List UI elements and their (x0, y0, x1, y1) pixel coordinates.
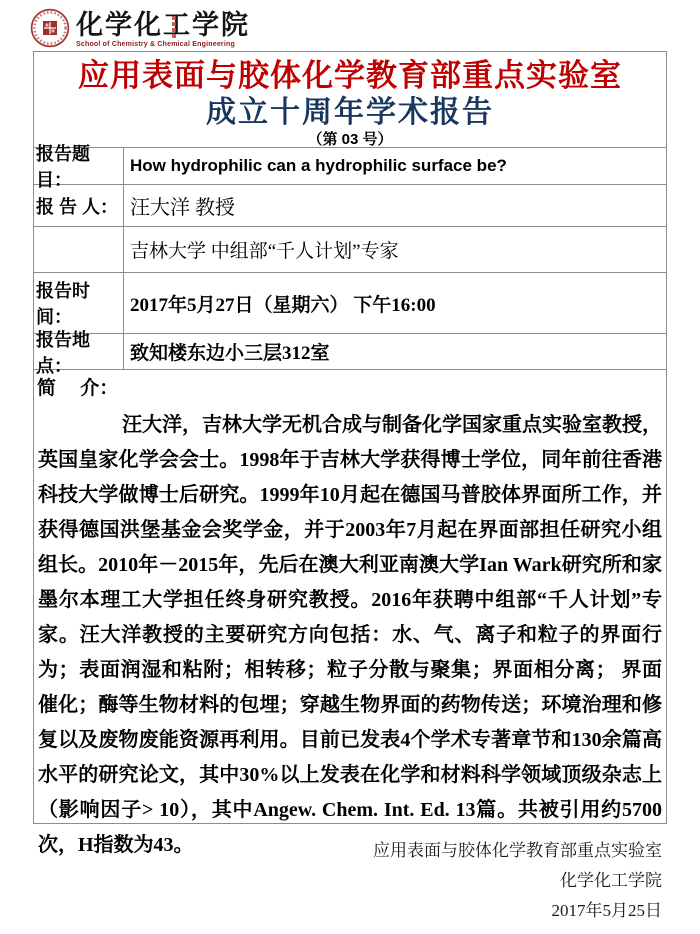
location-value: 致知楼东边小三层312室 (124, 334, 666, 369)
speaker-value: 汪大洋 教授 (124, 185, 666, 226)
calligraphy-signature-mark (172, 16, 176, 38)
table-row-speaker: 报 告 人： 汪大洋 教授 (34, 184, 666, 226)
table-row-location: 报告地点： 致知楼东边小三层312室 (34, 333, 666, 369)
footer-school-name: 化学化工学院 (373, 866, 662, 896)
school-name-en: School of Chemistry & Chemical Engineeri… (76, 41, 250, 49)
speaker-label: 报 告 人： (34, 185, 124, 226)
footer-date: 2017年5月25日 (373, 896, 662, 926)
issue-number: （第 03 号） (34, 132, 666, 147)
topic-value: How hydrophilic can a hydrophilic surfac… (124, 148, 666, 184)
table-row-affiliation: 吉林大学 中组部“千人计划”专家 (34, 226, 666, 272)
speaker-text: 汪大洋 教授 (130, 191, 235, 220)
time-label: 报告时间： (34, 273, 124, 333)
affiliation-text: 吉林大学 中组部“千人计划”专家 (130, 236, 399, 263)
location-text: 致知楼东边小三层312室 (130, 338, 330, 365)
event-title: 成立十周年学术报告 (34, 94, 666, 132)
topic-label: 报告题目： (34, 148, 124, 184)
time-value: 2017年5月27日（星期六） 下午16:00 (124, 273, 666, 333)
school-logo: 化学化工学院 School of Chemistry & Chemical En… (30, 8, 250, 49)
affiliation-label (34, 227, 124, 272)
affiliation-value: 吉林大学 中组部“千人计划”专家 (124, 227, 666, 272)
speaker-bio-paragraph: 汪大洋，吉林大学无机合成与制备化学国家重点实验室教授，英国皇家化学会会士。199… (38, 408, 662, 863)
lab-title: 应用表面与胶体化学教育部重点实验室 (34, 52, 666, 94)
title-block: 应用表面与胶体化学教育部重点实验室 成立十周年学术报告 （第 03 号） (34, 52, 666, 147)
school-name-cn: 化学化工学院 (76, 10, 250, 40)
announcement-table: 应用表面与胶体化学教育部重点实验室 成立十周年学术报告 （第 03 号） 报告题… (33, 51, 667, 824)
topic-text: How hydrophilic can a hydrophilic surfac… (130, 156, 507, 176)
table-row-topic: 报告题目： How hydrophilic can a hydrophilic … (34, 147, 666, 184)
location-label: 报告地点： (34, 334, 124, 369)
table-row-time: 报告时间： 2017年5月27日（星期六） 下午16:00 (34, 272, 666, 333)
table-row-intro: 简 介： 汪大洋，吉林大学无机合成与制备化学国家重点实验室教授，英国皇家化学会会… (34, 369, 666, 823)
footer-lab-name: 应用表面与胶体化学教育部重点实验室 (373, 836, 662, 866)
university-seal-icon (30, 8, 70, 48)
announcement-page: 化学化工学院 School of Chemistry & Chemical En… (0, 0, 700, 934)
time-text: 2017年5月27日（星期六） 下午16:00 (130, 290, 436, 317)
footer-signature: 应用表面与胶体化学教育部重点实验室 化学化工学院 2017年5月25日 (373, 836, 662, 926)
school-name: 化学化工学院 School of Chemistry & Chemical En… (76, 8, 250, 49)
intro-label: 简 介： (34, 370, 666, 402)
